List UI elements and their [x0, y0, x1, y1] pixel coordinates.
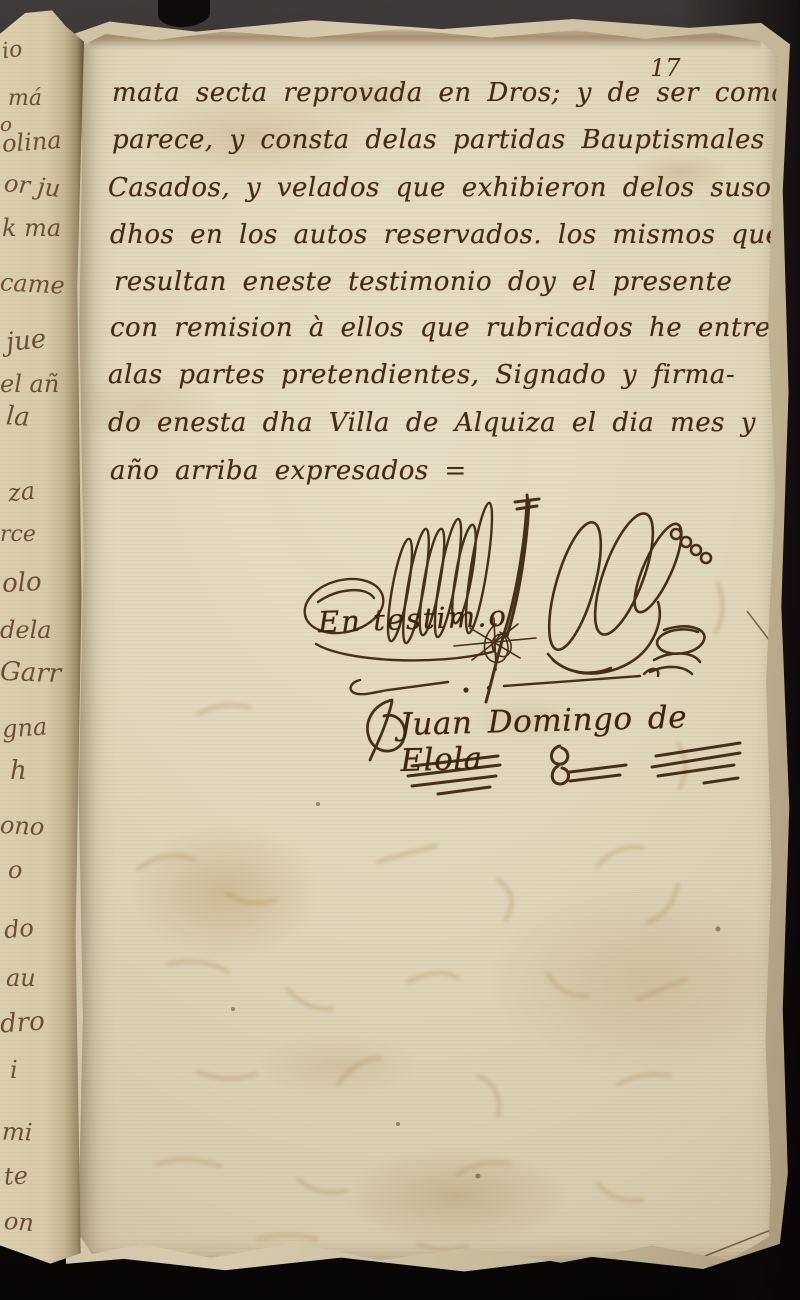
prev-page-text-fragment: io	[0, 37, 24, 65]
folio-number: 17	[650, 54, 681, 82]
text-line: año arriba expresados =	[110, 456, 467, 486]
prev-page-text-fragment: olina	[1, 126, 62, 158]
prev-page-text-fragment: gna	[1, 712, 48, 743]
attestation-flourish	[299, 502, 497, 661]
manuscript-page: mata secta reprovada en Dros; y de ser c…	[78, 24, 778, 1264]
prev-page-text-fragment: ono	[0, 811, 45, 841]
notarial-sign-flourish	[308, 494, 778, 834]
prev-page-text-fragment: au	[6, 964, 36, 992]
prev-page-text-fragment: te	[3, 1161, 28, 1190]
text-line: dhos en los autos reservados. los mismos…	[110, 220, 782, 250]
text-line: resultan eneste testimonio doy el presen…	[114, 267, 732, 297]
text-line: alas partes pretendientes, Signado y fir…	[108, 360, 735, 390]
prev-page-text-fragment: or ju	[3, 169, 62, 203]
binding-shadow	[158, 0, 210, 27]
text-line: parece, y consta delas partidas Bauptism…	[112, 125, 765, 155]
prev-page-text-fragment: k ma	[2, 214, 61, 242]
signature-scribbles	[408, 743, 740, 794]
prev-page-text-fragment: jue	[5, 324, 48, 358]
signature-underline-swash	[351, 669, 659, 694]
prev-page-text-fragment: dela	[0, 616, 52, 644]
rubric-flourish	[539, 507, 711, 674]
prev-page-text-fragment: h	[10, 756, 27, 786]
prev-page-text-fragment: la	[5, 401, 31, 433]
prev-page-text-fragment: rce	[0, 522, 36, 547]
prev-page-text-fragment: on	[3, 1207, 35, 1237]
notarial-cross-icon	[486, 495, 539, 702]
text-line: do enesta dha Villa de Alquiza el dia me…	[108, 408, 756, 438]
prev-page-text-fragment: za	[7, 477, 37, 508]
text-line: Casados, y velados que exhibieron delos …	[108, 173, 771, 203]
prev-page-text-fragment: má	[8, 86, 42, 111]
prev-page-text-fragment: dro	[0, 1006, 46, 1039]
prev-page-text-fragment: came	[0, 268, 65, 299]
prev-page-text-fragment: do	[3, 914, 35, 944]
prev-page-text-fragment: olo	[1, 567, 42, 599]
text-line: mata secta reprovada en Dros; y de ser c…	[112, 78, 787, 108]
previous-page-edge: io má o olina or ju k ma came jue el añ …	[0, 0, 84, 1300]
prev-page-text-fragment: i	[10, 1056, 18, 1084]
signature-paraph	[367, 700, 404, 760]
text-line: con remision à ellos que rubricados he e…	[110, 313, 800, 343]
prev-page-text-fragment: Garr	[0, 657, 62, 689]
prev-page-text-fragment: el añ	[0, 370, 59, 398]
prev-page-text-fragment: o	[8, 856, 22, 884]
manuscript-photo: mata secta reprovada en Dros; y de ser c…	[0, 0, 800, 1300]
prev-page-text-fragment: mi	[2, 1117, 33, 1146]
